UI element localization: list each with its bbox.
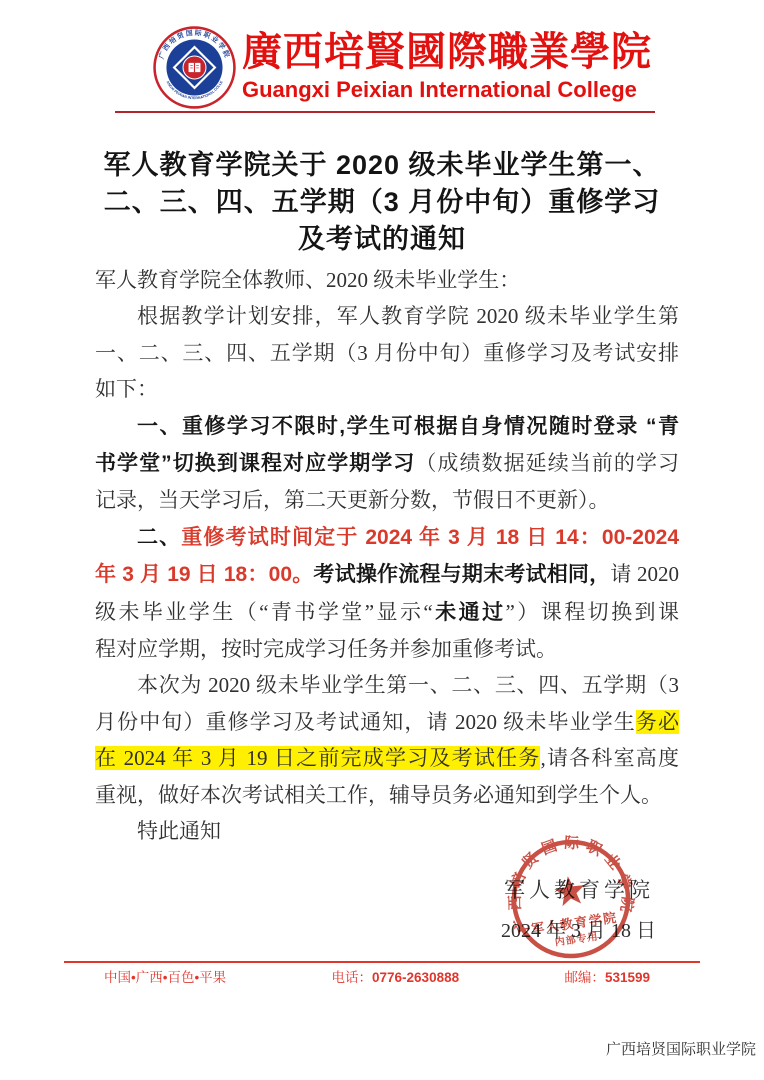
footer-phone: 电话：0776-2630888 [332, 969, 460, 987]
college-name-english: Guangxi Peixian International College [242, 77, 662, 103]
salutation-line: 军人教育学院全体教师、2020 级未毕业学生： [95, 262, 679, 298]
body-line: 在 2024 年 3 月 19 日之前完成学习及考试任务,请各科室高度 [95, 740, 679, 776]
body-line: 二、重修考试时间定于 2024 年 3 月 18 日 14：00-2024 [95, 519, 679, 556]
footer-divider [64, 961, 700, 963]
postal-label: 邮编： [564, 970, 605, 985]
letterhead: 廣西培賢國際職業學院 Guangxi Peixian International… [242, 28, 662, 103]
text-segment: ”）课程切换到课 [506, 600, 679, 624]
phone-number: 0776-2630888 [372, 970, 459, 985]
body-line: 根据教学计划安排，军人教育学院 2020 级未毕业学生第 [95, 298, 679, 334]
bold-text-segment: 未通过 [433, 601, 506, 624]
corner-watermark: 广西培贤国际职业学院 [606, 1038, 756, 1059]
postal-code: 531599 [605, 970, 650, 985]
book-icon [189, 63, 201, 72]
red-text-segment: 年 3 月 19 日 18：00。 [95, 563, 313, 586]
bold-text-segment: 一、重修学习不限时,学生可根据自身情况随时登录 “青 [137, 415, 679, 438]
text-segment: （成绩数据延续当前的学习 [415, 451, 679, 475]
body-line: 本次为 2020 级未毕业学生第一、二、三、四、五学期（3 [95, 667, 679, 703]
text-segment: 如下： [95, 377, 158, 401]
bold-text-segment: 考试操作流程与期末考试相同， [313, 563, 610, 586]
document-page: 广西培贤国际职业学院 GUANGXI PEIXIAN INTERNATIONAL… [0, 0, 764, 1080]
body-line: 重视，做好本次考试相关工作，辅导员务必通知到学生个人。 [95, 777, 679, 813]
title-line: 军人教育学院关于 2020 级未毕业学生第一、 [40, 147, 724, 184]
text-segment: 军人教育学院全体教师、2020 级未毕业学生： [95, 268, 520, 292]
body-line: 记录，当天学习后，第二天更新分数，节假日不更新）。 [95, 482, 679, 518]
text-segment: 根据教学计划安排，军人教育学院 2020 级未毕业学生第 [137, 304, 679, 328]
bold-text-segment: 二、 [137, 526, 181, 549]
text-segment: 请 2020 [610, 562, 679, 586]
bold-text-segment: 书学堂”切换到课程对应学期学习 [95, 452, 415, 475]
title-line: 二、三、四、五学期（3 月份中旬）重修学习 [40, 184, 724, 221]
text-segment: 程对应学期，按时完成学习任务并参加重修考试。 [95, 637, 557, 661]
footer-postal: 邮编：531599 [564, 969, 650, 987]
official-seal: 广西培贤国际职业学院 军人教育学院 内部专用 [505, 833, 637, 965]
body-line: 程对应学期，按时完成学习任务并参加重修考试。 [95, 631, 679, 667]
notice-title: 军人教育学院关于 2020 级未毕业学生第一、 二、三、四、五学期（3 月份中旬… [40, 147, 724, 258]
highlighted-text-segment: 务必 [636, 710, 679, 734]
text-segment: 一、二、三、四、五学期（3 月份中旬）重修学习及考试安排 [95, 341, 679, 365]
star-icon [553, 874, 587, 907]
highlighted-text-segment: 在 2024 年 3 月 19 日之前完成学习及考试任务 [95, 746, 540, 770]
notice-body: 军人教育学院全体教师、2020 级未毕业学生： 根据教学计划安排，军人教育学院 … [95, 262, 679, 850]
red-text-segment: 重修考试时间定于 2024 年 3 月 18 日 14：00-2024 [181, 526, 679, 549]
seal-name-text: 军人教育学院 [530, 910, 618, 937]
body-line: 年 3 月 19 日 18：00。考试操作流程与期末考试相同，请 2020 [95, 556, 679, 593]
header-divider [115, 111, 655, 113]
body-line: 一、重修学习不限时,学生可根据自身情况随时登录 “青 [95, 408, 679, 445]
body-line: 书学堂”切换到课程对应学期学习（成绩数据延续当前的学习 [95, 445, 679, 482]
body-line: 月份中旬）重修学习及考试通知，请 2020 级未毕业学生务必 [95, 704, 679, 740]
text-segment: 特此通知 [137, 819, 221, 843]
footer: 中国•广西•百色•平果 电话：0776-2630888 邮编：531599 [0, 969, 764, 987]
body-line: 级未毕业学生（“青书学堂”显示“未通过”）课程切换到课 [95, 594, 679, 631]
phone-label: 电话： [332, 970, 373, 985]
body-line: 如下： [95, 371, 679, 407]
title-line: 及考试的通知 [40, 221, 724, 258]
footer-address: 中国•广西•百色•平果 [104, 969, 226, 987]
body-line: 一、二、三、四、五学期（3 月份中旬）重修学习及考试安排 [95, 335, 679, 371]
text-segment: 级未毕业学生（“青书学堂”显示“ [95, 600, 433, 624]
text-segment: 记录，当天学习后，第二天更新分数，节假日不更新）。 [95, 488, 610, 512]
text-segment: 月份中旬）重修学习及考试通知，请 2020 级未毕业学生 [95, 710, 636, 734]
text-segment: ,请各科室高度 [540, 746, 679, 770]
college-name-chinese: 廣西培賢國際職業學院 [242, 28, 662, 76]
text-segment: 重视，做好本次考试相关工作，辅导员务必通知到学生个人。 [95, 783, 662, 807]
college-logo: 广西培贤国际职业学院 GUANGXI PEIXIAN INTERNATIONAL… [152, 25, 237, 110]
text-segment: 本次为 2020 级未毕业学生第一、二、三、四、五学期（3 [137, 673, 679, 697]
